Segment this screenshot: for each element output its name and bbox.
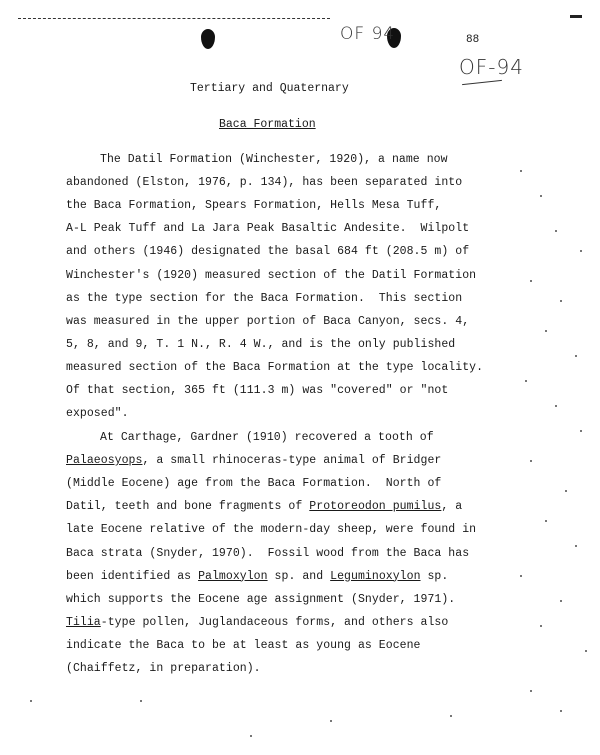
subtitle: Baca Formation bbox=[219, 118, 316, 131]
text-line: The Datil Formation (Winchester, 1920), … bbox=[100, 153, 448, 166]
scan-speck bbox=[330, 720, 332, 722]
text-line: Tilia-type pollen, Juglandaceous forms, … bbox=[66, 616, 448, 629]
scan-speck bbox=[540, 195, 542, 197]
scan-speck bbox=[560, 600, 562, 602]
scan-speck bbox=[525, 380, 527, 382]
text-line: Baca strata (Snyder, 1970). Fossil wood … bbox=[66, 547, 469, 560]
underlined-term: Protoreodon pumilus bbox=[309, 500, 441, 513]
handwritten-mark-right: OF-94 bbox=[459, 55, 524, 79]
underlined-term: Palaeosyops bbox=[66, 454, 142, 467]
text-line: and others (1946) designated the basal 6… bbox=[66, 245, 469, 258]
page-number: 88 bbox=[466, 34, 479, 46]
underlined-term: Palmoxylon bbox=[198, 570, 268, 583]
punch-hole-left bbox=[201, 29, 215, 49]
top-scan-rule bbox=[18, 18, 330, 19]
scan-speck bbox=[540, 625, 542, 627]
corner-scan-mark bbox=[570, 15, 582, 18]
scan-speck bbox=[585, 650, 587, 652]
text-line: Of that section, 365 ft (111.3 m) was "c… bbox=[66, 384, 448, 397]
handwritten-mark-top: OF 94 bbox=[340, 24, 395, 44]
scan-speck bbox=[555, 230, 557, 232]
text-line: exposed". bbox=[66, 407, 129, 420]
text-line: (Chaiffetz, in preparation). bbox=[66, 662, 261, 675]
scan-speck bbox=[450, 715, 452, 717]
scan-speck bbox=[520, 575, 522, 577]
text-line: 5, 8, and 9, T. 1 N., R. 4 W., and is th… bbox=[66, 338, 455, 351]
scan-speck bbox=[565, 490, 567, 492]
text-line: which supports the Eocene age assignment… bbox=[66, 593, 455, 606]
text-line: measured section of the Baca Formation a… bbox=[66, 361, 483, 374]
underlined-term: Leguminoxylon bbox=[330, 570, 420, 583]
text-line: At Carthage, Gardner (1910) recovered a … bbox=[100, 431, 434, 444]
scan-speck bbox=[575, 545, 577, 547]
text-line: abandoned (Elston, 1976, p. 134), has be… bbox=[66, 176, 462, 189]
scan-speck bbox=[30, 700, 32, 702]
text-line: the Baca Formation, Spears Formation, He… bbox=[66, 199, 441, 212]
handwritten-underline bbox=[462, 80, 502, 85]
scan-speck bbox=[580, 250, 582, 252]
text-line: as the type section for the Baca Formati… bbox=[66, 292, 462, 305]
text-line: A-L Peak Tuff and La Jara Peak Basaltic … bbox=[66, 222, 469, 235]
text-line: Datil, teeth and bone fragments of Proto… bbox=[66, 500, 462, 513]
scan-speck bbox=[555, 405, 557, 407]
text-line: late Eocene relative of the modern-day s… bbox=[66, 523, 476, 536]
text-line: indicate the Baca to be at least as youn… bbox=[66, 639, 421, 652]
section-title: Tertiary and Quaternary bbox=[190, 82, 349, 95]
scan-speck bbox=[580, 430, 582, 432]
scan-speck bbox=[560, 300, 562, 302]
scan-speck bbox=[545, 520, 547, 522]
text-line: Winchester's (1920) measured section of … bbox=[66, 269, 476, 282]
text-line: Palaeosyops, a small rhinoceras-type ani… bbox=[66, 454, 441, 467]
scan-speck bbox=[560, 710, 562, 712]
scan-speck bbox=[530, 280, 532, 282]
text-line: was measured in the upper portion of Bac… bbox=[66, 315, 469, 328]
underlined-term: Tilia bbox=[66, 616, 101, 629]
scan-speck bbox=[250, 735, 252, 737]
scan-speck bbox=[530, 690, 532, 692]
text-line: (Middle Eocene) age from the Baca Format… bbox=[66, 477, 441, 490]
scan-speck bbox=[575, 355, 577, 357]
scan-speck bbox=[140, 700, 142, 702]
scan-speck bbox=[530, 460, 532, 462]
scan-speck bbox=[545, 330, 547, 332]
text-line: been identified as Palmoxylon sp. and Le… bbox=[66, 570, 448, 583]
scan-speck bbox=[520, 170, 522, 172]
